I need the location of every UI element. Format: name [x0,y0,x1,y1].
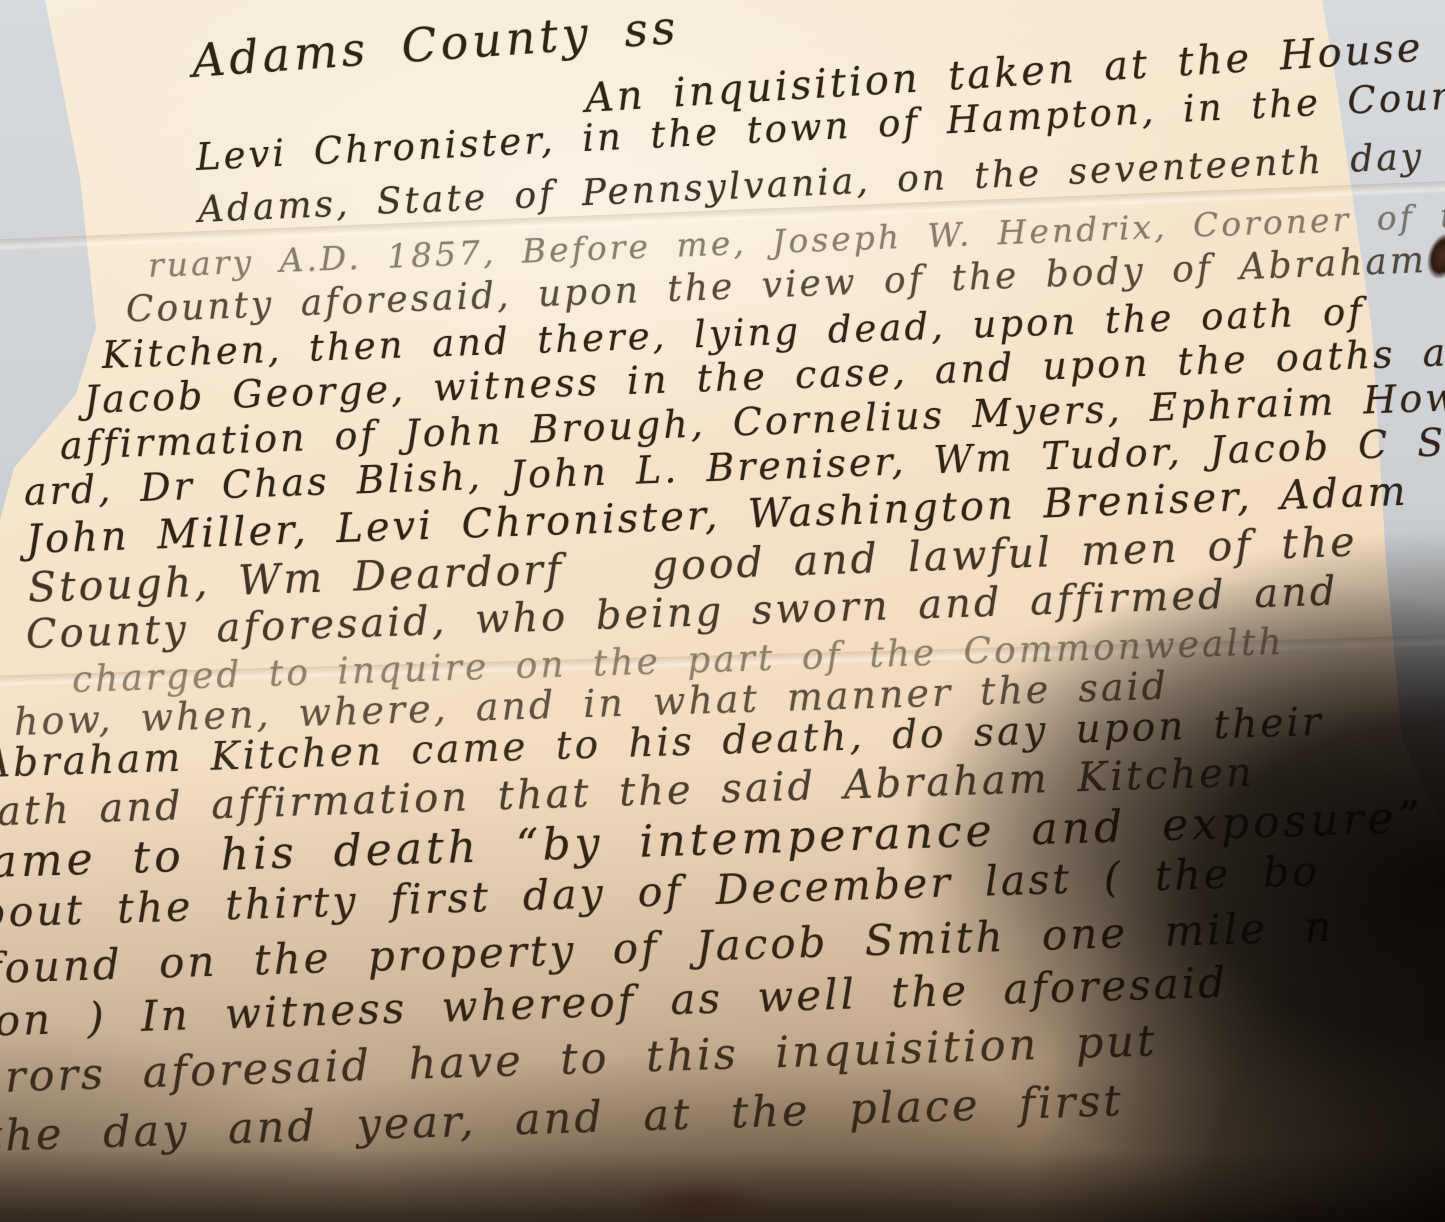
document-photo: Adams County ss An inquisition taken at … [0,0,1445,1222]
